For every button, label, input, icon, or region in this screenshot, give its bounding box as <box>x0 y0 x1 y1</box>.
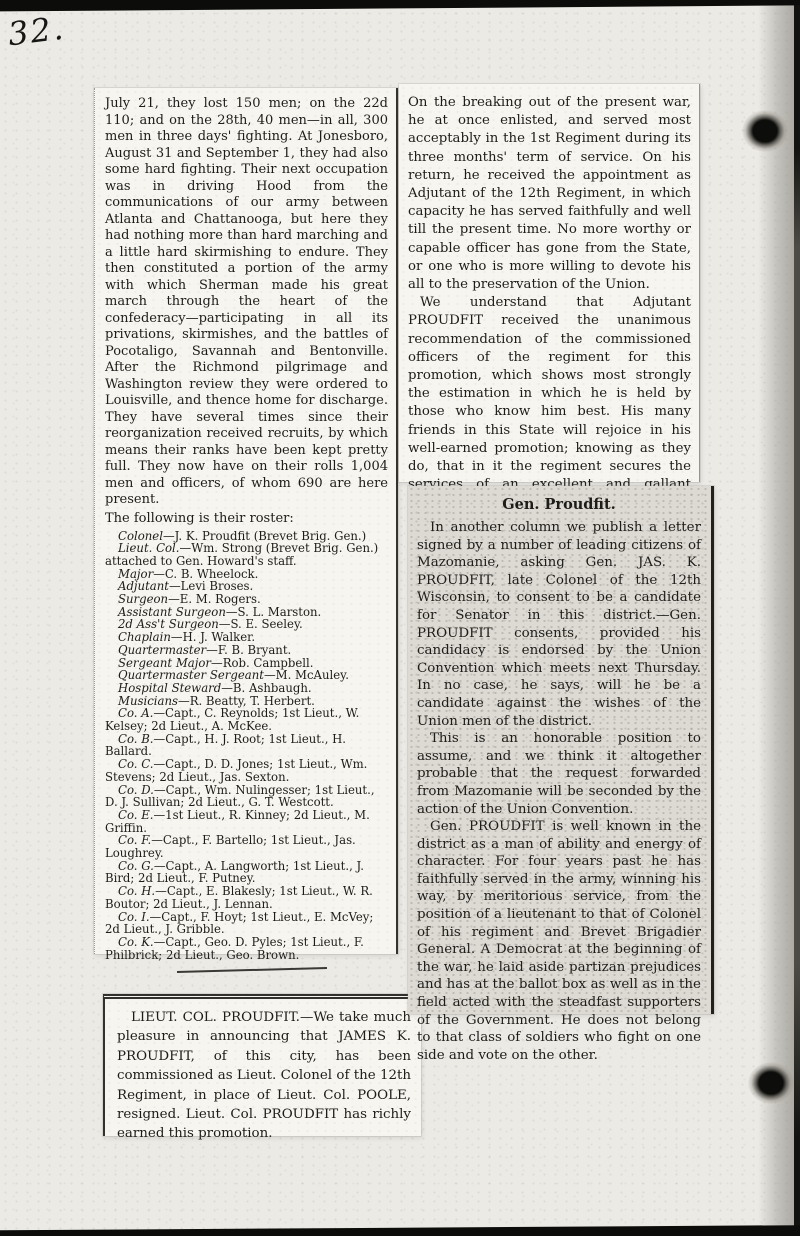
newspaper-clipping-left: July 21, they lost 150 men; on the 22d 1… <box>94 88 398 954</box>
newspaper-clipping-gen-proudfit: Gen. Proudfit. In another column we publ… <box>408 486 714 1014</box>
roster-line: Co. D.—Capt., Wm. Nulingesser; 1st Lieut… <box>105 784 388 809</box>
roster-line: Co. C.—Capt., D. D. Jones; 1st Lieut., W… <box>105 758 388 783</box>
roster-end-divider <box>177 967 327 973</box>
roster-line: Co. H.—Capt., E. Blakesly; 1st Lieut., W… <box>105 885 388 910</box>
scan-edge-top <box>0 0 800 12</box>
roster-line: Co. A.—Capt., C. Reynolds; 1st Lieut., W… <box>105 707 388 732</box>
roster-line: Lieut. Col.—Wm. Strong (Brevet Brig. Gen… <box>105 542 388 567</box>
article-paragraph: LIEUT. COL. PROUDFIT.—We take much pleas… <box>117 1008 411 1144</box>
roster-intro: The following is their roster: <box>105 510 388 527</box>
scanned-scrapbook-page: 32. 3 July 21, they lost 150 men; on the… <box>0 0 800 1236</box>
roster-line: Co. E.—1st Lieut., R. Kinney; 2d Lieut.,… <box>105 809 388 834</box>
page-number-handwritten: 32. <box>6 9 67 54</box>
roster-line: Co. B.—Capt., H. J. Root; 1st Lieut., H.… <box>105 733 388 758</box>
punch-hole-bottom <box>748 1062 794 1104</box>
roster-line: Co. I.—Capt., F. Hoyt; 1st Lieut., E. Mc… <box>105 911 388 936</box>
roster-list: Colonel—J. K. Proudfit (Brevet Brig. Gen… <box>105 530 388 962</box>
scan-edge-bottom <box>0 1221 800 1236</box>
article-paragraph: Gen. PROUDFIT is well known in the distr… <box>417 818 701 1064</box>
article-body: July 21, they lost 150 men; on the 22d 1… <box>105 96 388 509</box>
article-paragraph: We understand that Adjutant PROUDFIT rec… <box>408 294 691 512</box>
newspaper-clipping-bottom-left: LIEUT. COL. PROUDFIT.—We take much pleas… <box>103 994 421 1136</box>
roster-line: Co. G.—Capt., A. Langworth; 1st Lieut., … <box>105 860 388 885</box>
article-paragraph: On the breaking out of the present war, … <box>408 94 691 294</box>
roster-line: Co. F.—Capt., F. Bartello; 1st Lieut., J… <box>105 834 388 859</box>
newspaper-clipping-top-right: On the breaking out of the present war, … <box>399 84 700 482</box>
article-paragraph: This is an honorable position to assume,… <box>417 730 701 818</box>
roster-line: Co. K.—Capt., Geo. D. Pyles; 1st Lieut.,… <box>105 936 388 961</box>
article-paragraph: In another column we publish a letter si… <box>417 519 701 730</box>
punch-hole-top <box>742 110 788 152</box>
article-title: Gen. Proudfit. <box>417 496 701 513</box>
scan-edge-right-strip <box>794 0 800 1236</box>
